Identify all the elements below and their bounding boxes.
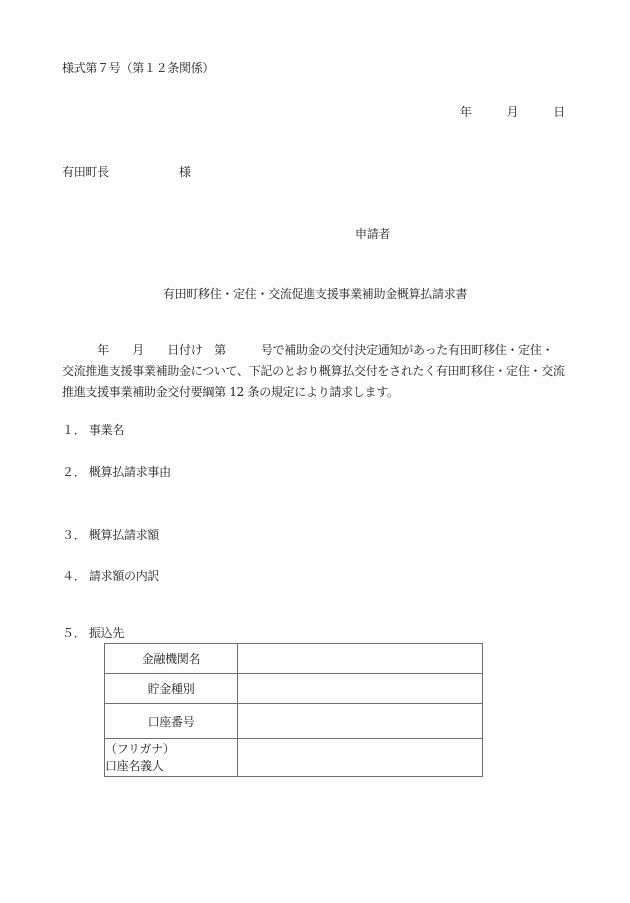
body-line: 推進支援事業補助金交付要綱第 12 条の規定により請求します。	[62, 382, 565, 403]
body-paragraph: 年 月 日付け 第 号で補助金の交付決定通知があった有田町移住・定住・ 交流推進…	[62, 340, 565, 403]
row-value-deposit-type	[238, 674, 483, 704]
item-payment-request-amount: ３． 概算払請求額	[62, 528, 159, 543]
table-row-account-number: 口座番号	[105, 704, 483, 739]
row-label-financial-institution: 金融機関名	[105, 644, 238, 674]
table-row-financial-institution: 金融機関名	[105, 644, 483, 674]
body-line: 年 月 日付け 第 号で補助金の交付決定通知があった有田町移住・定住・	[62, 340, 565, 361]
furigana-label: （フリガナ）	[105, 741, 237, 758]
document-title: 有田町移住・定住・交流促進支援事業補助金概算払請求書	[0, 285, 630, 302]
item-payment-request-reason: ２． 概算払請求事由	[62, 465, 171, 480]
body-line: 交流推進支援事業補助金について、下記のとおり概算払交付をされたく有田町移住・定住…	[62, 361, 565, 382]
row-label-account-holder: （フリガナ） 口座名義人	[105, 739, 238, 777]
addressee-line: 有田町長 様	[62, 165, 191, 180]
row-value-account-holder	[238, 739, 483, 777]
form-number: 様式第７号（第１２条関係）	[62, 61, 214, 76]
item-project-name: １． 事業名	[62, 423, 124, 438]
row-value-account-number	[238, 704, 483, 739]
bank-transfer-table: 金融機関名 貯金種別 口座番号 （フリガナ） 口座名義人	[104, 643, 483, 777]
applicant-label: 申請者	[355, 227, 390, 242]
account-holder-label: 口座名義人	[105, 758, 237, 775]
table-row-deposit-type: 貯金種別	[105, 674, 483, 704]
row-label-deposit-type: 貯金種別	[105, 674, 238, 704]
date-line: 年 月 日	[460, 105, 565, 120]
item-amount-breakdown: ４． 請求額の内訳	[62, 569, 159, 584]
row-label-account-number: 口座番号	[105, 704, 238, 739]
document-page: 様式第７号（第１２条関係） 年 月 日 有田町長 様 申請者 有田町移住・定住・…	[0, 0, 630, 903]
row-value-financial-institution	[238, 644, 483, 674]
table-row-account-holder: （フリガナ） 口座名義人	[105, 739, 483, 777]
item-transfer-destination: ５． 振込先	[62, 626, 124, 641]
